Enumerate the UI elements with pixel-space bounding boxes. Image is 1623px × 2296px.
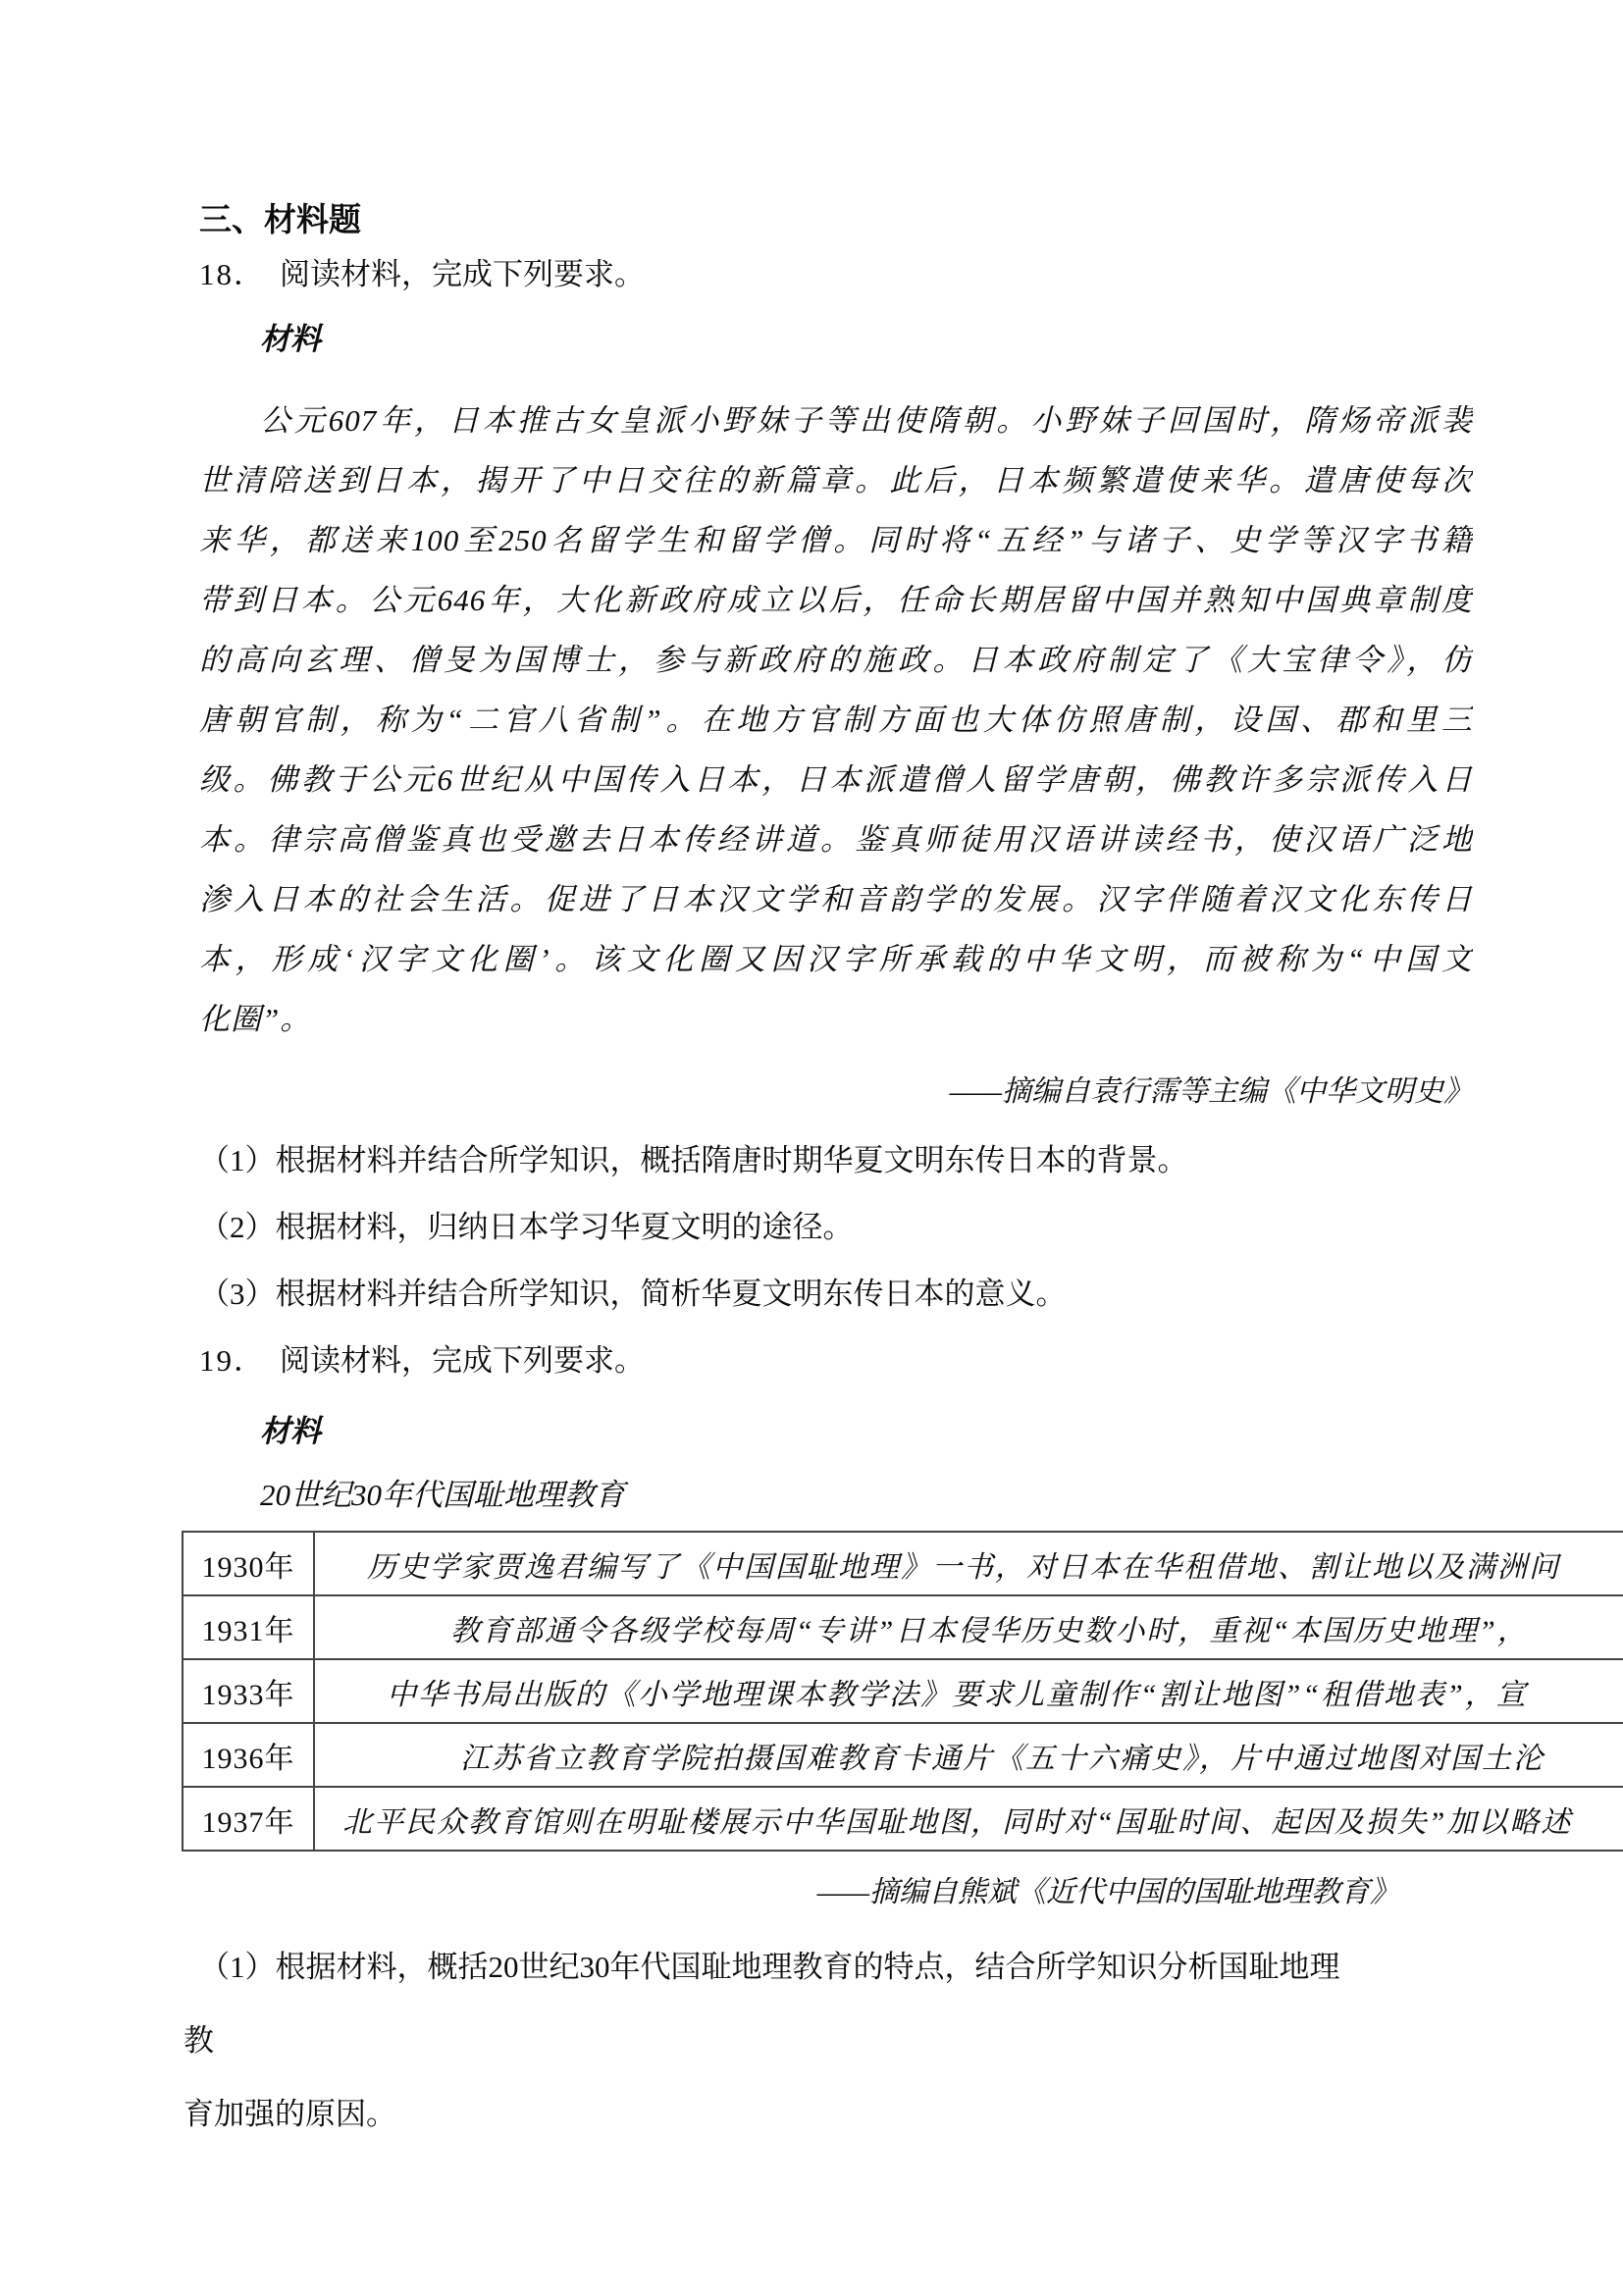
question-19-line: 19．阅读材料，完成下列要求。 xyxy=(199,1339,1473,1383)
material-line: 的高向玄理、僧旻为国博士，参与新政府的施政。日本政府制定了《大宝律令》，仿 xyxy=(199,630,1473,690)
question-19-prompt: 阅读材料，完成下列要求。 xyxy=(280,1343,645,1378)
subquestion-18-2: （2）根据材料，归纳日本学习华夏文明的途径。 xyxy=(199,1206,1473,1249)
event-cell: 教育部通令各级学校每周“专讲”日本侵华历史数小时，重视“本国历史地理”， xyxy=(314,1595,1623,1659)
material-line: 本，形成‘汉字文化圈’。该文化圈又因汉字所承载的中华文明，而被称为“中国文 xyxy=(199,929,1473,989)
question-18-prompt: 阅读材料，完成下列要求。 xyxy=(280,257,645,291)
table-row: 1930年 历史学家贾逸君编写了《中国国耻地理》一书，对日本在华租借地、割让地以… xyxy=(183,1532,1623,1595)
material-line: 本。律宗高僧鉴真也受邀去日本传经讲道。鉴真师徒用汉语讲读经书，使汉语广泛地 xyxy=(199,809,1473,869)
material-line: 唐朝官制，称为“二官八省制”。在地方官制方面也大体仿照唐制，设国、郡和里三 xyxy=(199,690,1473,750)
material-line: 世清陪送到日本，揭开了中日交往的新篇章。此后，日本频繁遣使来华。遣唐使每次 xyxy=(199,450,1473,510)
table-row: 1931年 教育部通令各级学校每周“专讲”日本侵华历史数小时，重视“本国历史地理… xyxy=(183,1595,1623,1659)
question-19-subquestion: （1）根据材料，概括20世纪30年代国耻地理教育的特点，结合所学知识分析国耻地理… xyxy=(199,1944,1473,2138)
year-cell: 1930年 xyxy=(183,1532,314,1595)
exam-document-page: 三、材料题 18．阅读材料，完成下列要求。 材料 公元607年，日本推古女皇派小… xyxy=(0,0,1623,2296)
material-line: 级。佛教于公元6世纪从中国传入日本，日本派遣僧人留学唐朝，佛教许多宗派传入日 xyxy=(199,750,1473,809)
question-19-number: 19． xyxy=(199,1343,266,1378)
material-line: 带到日本。公元646年，大化新政府成立以后，任命长期居留中国并熟知中国典章制度 xyxy=(199,570,1473,630)
section-heading: 三、材料题 xyxy=(199,201,1473,240)
table-row: 1936年 江苏省立教育学院拍摄国难教育卡通片《五十六痛史》，片中通过地图对国土… xyxy=(183,1723,1623,1787)
event-cell: 北平民众教育馆则在明耻楼展示中华国耻地图，同时对“国耻时间、起因及损失”加以略述 xyxy=(314,1787,1623,1851)
material-label-q19: 材料 xyxy=(260,1410,1473,1453)
table-row: 1937年 北平民众教育馆则在明耻楼展示中华国耻地图，同时对“国耻时间、起因及损… xyxy=(183,1787,1623,1851)
year-cell: 1937年 xyxy=(183,1787,314,1851)
subquestion-19-1-line1: （1）根据材料，概括20世纪30年代国耻地理教育的特点，结合所学知识分析国耻地理 xyxy=(199,1944,1473,1991)
year-cell: 1933年 xyxy=(183,1659,314,1723)
source-attribution-q19: ——摘编自熊斌《近代中国的国耻地理教育》 xyxy=(199,1871,1473,1914)
table-row: 1933年 中华书局出版的《小学地理课本教学法》要求儿童制作“割让地图”“租借地… xyxy=(183,1659,1623,1723)
material-title-q19: 20世纪30年代国耻地理教育 xyxy=(260,1474,1473,1517)
subquestion-18-1: （1）根据材料并结合所学知识，概括隋唐时期华夏文明东传日本的背景。 xyxy=(199,1139,1473,1182)
source-attribution-q18: ——摘编自袁行霈等主编《中华文明史》 xyxy=(199,1070,1473,1114)
timeline-table: 1930年 历史学家贾逸君编写了《中国国耻地理》一书，对日本在华租借地、割让地以… xyxy=(182,1531,1623,1852)
material-text-q18: 公元607年，日本推古女皇派小野妹子等出使隋朝。小野妹子回国时，隋炀帝派裴 世清… xyxy=(199,391,1473,1049)
material-line: 公元607年，日本推古女皇派小野妹子等出使隋朝。小野妹子回国时，隋炀帝派裴 xyxy=(199,391,1473,450)
subquestion-18-3: （3）根据材料并结合所学知识，简析华夏文明东传日本的意义。 xyxy=(199,1273,1473,1316)
event-cell: 历史学家贾逸君编写了《中国国耻地理》一书，对日本在华租借地、割让地以及满洲问 xyxy=(314,1532,1623,1595)
question-18-subquestions: （1）根据材料并结合所学知识，概括隋唐时期华夏文明东传日本的背景。 （2）根据材… xyxy=(199,1139,1473,1316)
year-cell: 1936年 xyxy=(183,1723,314,1787)
year-cell: 1931年 xyxy=(183,1595,314,1659)
question-18-number: 18． xyxy=(199,257,266,291)
event-cell: 中华书局出版的《小学地理课本教学法》要求儿童制作“割让地图”“租借地表”，宣 xyxy=(314,1659,1623,1723)
material-label-q18: 材料 xyxy=(260,318,1473,361)
subquestion-19-1-line3: 育加强的原因。 xyxy=(183,2091,1473,2138)
subquestion-19-1-line2: 教 xyxy=(183,2017,1473,2064)
material-line: 来华，都送来100至250名留学生和留学僧。同时将“五经”与诸子、史学等汉字书籍 xyxy=(199,510,1473,570)
material-line: 渗入日本的社会生活。促进了日本汉文学和音韵学的发展。汉字伴随着汉文化东传日 xyxy=(199,869,1473,929)
event-cell: 江苏省立教育学院拍摄国难教育卡通片《五十六痛史》，片中通过地图对国土沦 xyxy=(314,1723,1623,1787)
material-line: 化圈”。 xyxy=(199,989,1473,1049)
question-18-line: 18．阅读材料，完成下列要求。 xyxy=(199,253,1473,296)
timeline-table-wrap: 1930年 历史学家贾逸君编写了《中国国耻地理》一书，对日本在华租借地、割让地以… xyxy=(182,1531,1623,1852)
